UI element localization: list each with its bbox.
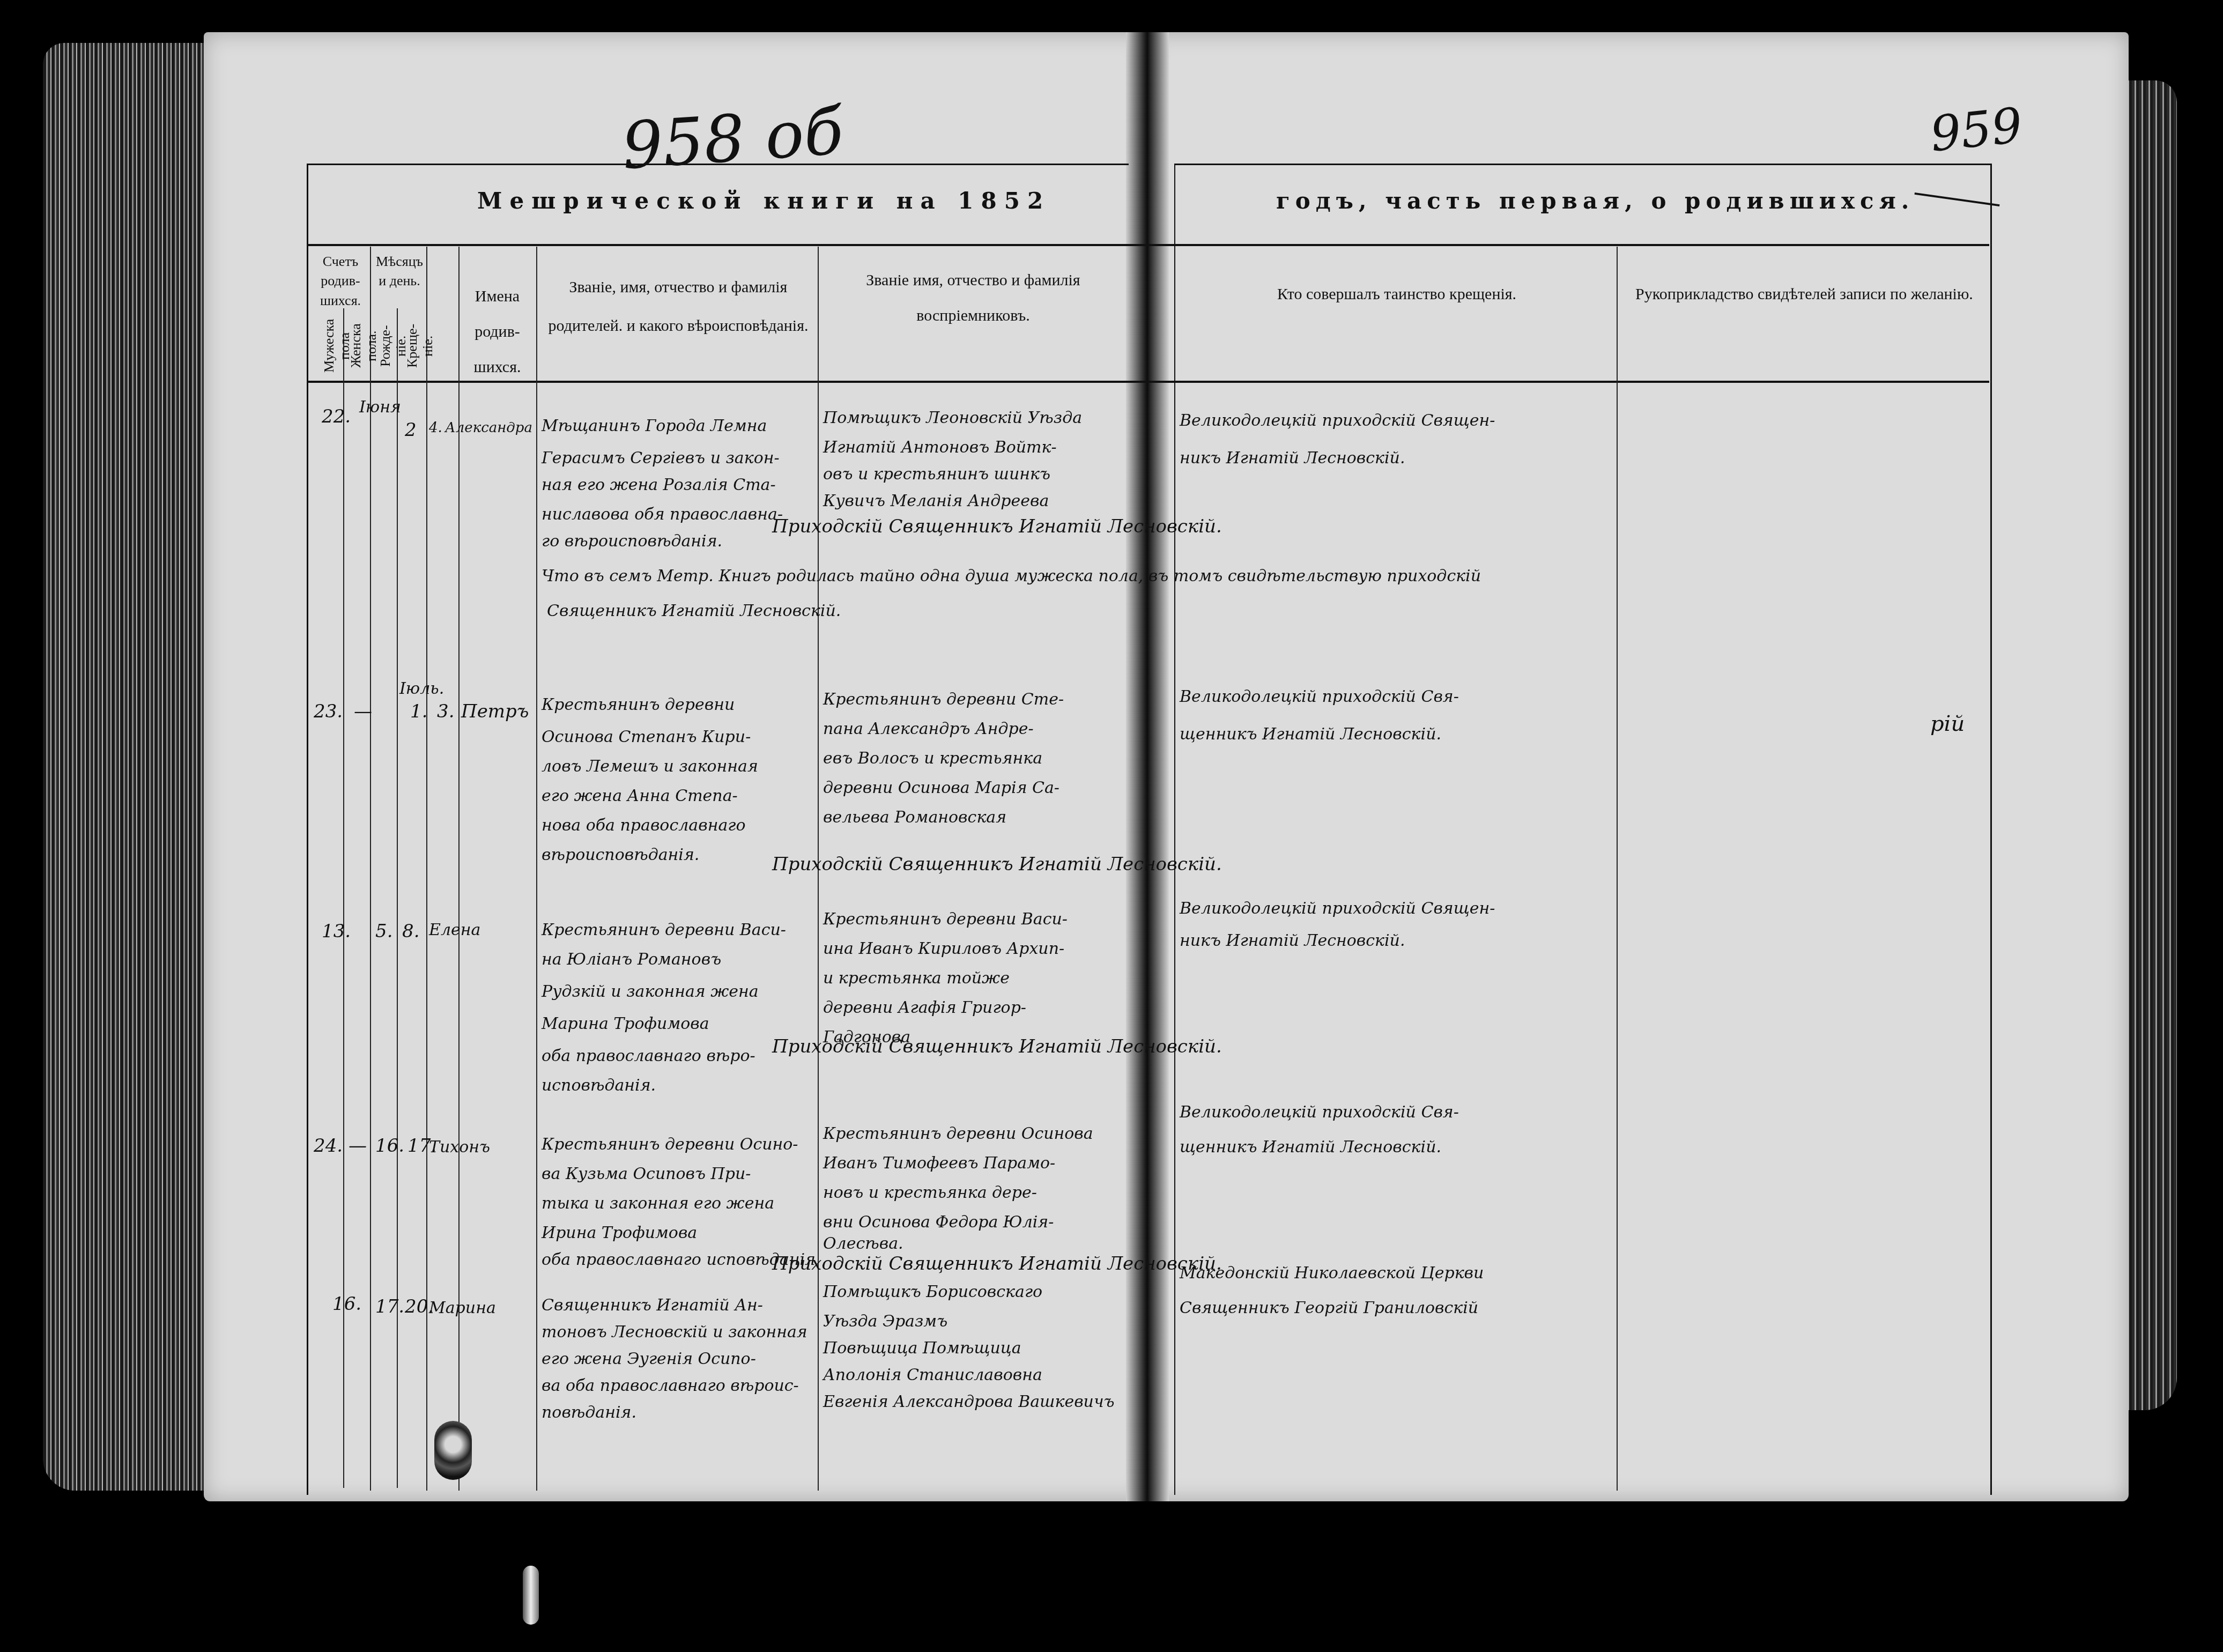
entry-4-birth: 16.	[375, 1137, 404, 1155]
entry-1-female-count: 22.	[322, 408, 351, 426]
text-line: Помѣщикъ Борисовскаго	[823, 1284, 1042, 1300]
text-line: нова оба православнаго	[542, 818, 746, 834]
entry-2-baptism: 3.	[437, 702, 454, 721]
header-month-day: Мѣсяцъ и день.	[373, 252, 426, 291]
entry-5-birth: 17.	[375, 1298, 404, 1316]
text-line: вѣроисповѣданія.	[542, 847, 699, 863]
entry-2-name: Петръ	[461, 702, 529, 721]
entry-2-month: Іюль.	[399, 681, 444, 697]
text-line: повѣданія.	[542, 1405, 636, 1421]
text-line: никъ Игнатій Лесновскій.	[1180, 450, 1405, 466]
bookmark-ribbon	[434, 1421, 472, 1480]
entry-3-female-count: 13.	[322, 922, 351, 940]
text-line: пана Александръ Андре-	[823, 721, 1034, 737]
text-line: Македонскій Николаевской Церкви	[1180, 1265, 1484, 1281]
entry-1-note-line-2: Священникъ Игнатій Лесновскій.	[547, 603, 841, 619]
entry-3-baptism: 8.	[402, 922, 419, 940]
text-line: Рудзкій и законная жена	[542, 984, 759, 1000]
text-line: Священникъ Игнатій Ан-	[542, 1298, 763, 1314]
text-line: Великодолецкій приходскій Свя-	[1180, 1105, 1459, 1121]
text-line: исповѣданія.	[542, 1078, 656, 1094]
text-line: Крестьянинъ деревни	[542, 697, 735, 713]
header-female: Женска пола.	[349, 316, 379, 375]
text-line: деревни Осинова Марія Са-	[823, 780, 1059, 796]
text-line: Крестьянинъ деревни Васи-	[542, 922, 786, 938]
text-line: Повѣщица Помѣщица	[823, 1340, 1021, 1357]
text-line: Евгенія Александрова Вашкевичъ	[823, 1394, 1115, 1410]
text-line: Мѣщанинъ Города Лемна	[542, 418, 767, 434]
title-right: годъ, часть первая, о родившихся.	[1276, 188, 1914, 214]
text-line: ловъ Лемешъ и законная	[542, 759, 758, 775]
text-line: тоновъ Лесновскій и законная	[542, 1324, 807, 1340]
entry-1-baptism: 4.	[429, 421, 442, 435]
header-count-born: Счетъ родив-шихся.	[311, 252, 370, 310]
right-table-frame	[1174, 164, 1992, 1495]
header-names: Имена родив-шихся.	[461, 279, 533, 385]
text-line: на Юліанъ Романовъ	[542, 952, 721, 968]
header-baptism: Креще-ніе.	[405, 316, 435, 375]
text-line: Великодолецкій приходскій Свя-	[1180, 689, 1459, 705]
entry-1-name: Александра	[445, 421, 532, 435]
text-line: ва Кузьма Осиповъ При-	[542, 1166, 751, 1182]
text-line: Иванъ Тимофеевъ Парамо-	[823, 1155, 1055, 1172]
entry-2-signature: Приходскій Священникъ Игнатій Лесновскій…	[772, 855, 1222, 873]
text-line: Помѣщикъ Леоновскій Уѣзда	[823, 410, 1082, 426]
title-left: Мешрической книги на 1852	[477, 188, 1050, 214]
entry-2-witness-mark: рій	[1930, 713, 1965, 735]
text-line: Крестьянинъ деревни Сте-	[823, 692, 1064, 708]
text-line: Великодолецкій приходскій Священ-	[1180, 901, 1495, 917]
text-line: никъ Игнатій Лесновскій.	[1180, 933, 1405, 949]
text-line: и крестьянка тойже	[823, 971, 1010, 987]
text-line: Крестьянинъ деревни Осинова	[823, 1126, 1093, 1142]
header-parents: Званіе, имя, отчество и фамилія родителе…	[542, 268, 815, 345]
header-witnesses: Рукоприкладство свидѣтелей записи по жел…	[1625, 273, 1984, 315]
entry-5-female-count: 16.	[332, 1295, 361, 1313]
text-line: ниславова обя православна-	[542, 507, 783, 523]
header-top-rule	[307, 244, 1989, 246]
text-line: вельева Романовская	[823, 810, 1006, 826]
entry-5-name: Марина	[429, 1300, 496, 1316]
header-performed-by: Кто совершалъ таинство крещенія.	[1180, 279, 1614, 309]
entry-2-male-count: 23.	[314, 702, 343, 721]
text-line: Крестьянинъ деревни Васи-	[823, 912, 1068, 928]
entry-4-signature: Приходскій Священникъ Игнатій Лесновскій…	[772, 1255, 1222, 1273]
text-line: Игнатій Антоновъ Войтк-	[823, 440, 1057, 456]
text-line: евъ Волосъ и крестьянка	[823, 751, 1042, 767]
text-line: Олесѣва.	[823, 1236, 903, 1252]
entry-3-birth: 5.	[375, 922, 392, 940]
text-line: овъ и крестьянинъ шинкъ	[823, 466, 1050, 483]
book-page-stack-left	[43, 43, 214, 1491]
text-line: его жена Анна Степа-	[542, 788, 738, 804]
text-line: ная его жена Розалія Ста-	[542, 477, 776, 493]
text-line: Марина Трофимова	[542, 1016, 709, 1032]
text-line: Великодолецкій приходскій Священ-	[1180, 413, 1495, 429]
bookmark-ribbon-tail	[523, 1566, 539, 1625]
text-line: Ирина Трофимова	[542, 1225, 697, 1241]
entry-1-month: Іюня	[359, 399, 401, 416]
entry-3-signature: Приходскій Священникъ Игнатій Лесновскій…	[772, 1038, 1222, 1056]
folio-number-right: 959	[1928, 97, 2025, 162]
text-line: щенникъ Игнатій Лесновскій.	[1180, 1139, 1441, 1155]
entry-1-note-line-1: Что въ семъ Метр. Книгъ родилась тайно о…	[542, 568, 1481, 584]
text-line: Уѣзда Эразмъ	[823, 1314, 947, 1330]
entry-3-name: Елена	[429, 922, 480, 938]
text-line: новъ и крестьянка дере-	[823, 1185, 1037, 1201]
text-line: го вѣроисповѣданія.	[542, 534, 722, 550]
text-line: ина Иванъ Кириловъ Архип-	[823, 941, 1064, 957]
header-bottom-rule	[307, 381, 1989, 383]
text-line: ва оба православнаго вѣроис-	[542, 1378, 799, 1394]
text-line: деревни Агафія Григор-	[823, 1000, 1026, 1016]
book-gutter	[1126, 32, 1169, 1501]
col-divider	[1617, 247, 1618, 1491]
entry-4-male-count: 24.	[314, 1137, 343, 1155]
text-line: его жена Эугенія Осипо-	[542, 1351, 756, 1367]
header-godparents: Званіе имя, отчество и фамилія воспріемн…	[823, 263, 1123, 334]
text-line: Кувичъ Меланія Андреева	[823, 493, 1049, 509]
text-line: Крестьянинъ деревни Осино-	[542, 1137, 798, 1153]
entry-4-name: Тихонъ	[429, 1139, 490, 1155]
text-line: щенникъ Игнатій Лесновскій.	[1180, 727, 1441, 743]
entry-2-birth: 1.	[410, 702, 427, 721]
text-line: тыка и законная его жена	[542, 1196, 774, 1212]
col-divider	[370, 247, 371, 1491]
entry-1-signature: Приходскій Священникъ Игнатій Лесновскій…	[772, 517, 1222, 536]
entry-1-birth: 2	[405, 421, 417, 439]
entry-4-female-count: —	[349, 1137, 367, 1155]
entry-2-female-count: —	[354, 702, 372, 721]
text-line: Герасимъ Сергіевъ и закон-	[542, 450, 780, 466]
text-line: Аполонія Станиславовна	[823, 1367, 1042, 1383]
text-line: Осинова Степанъ Кири-	[542, 729, 751, 745]
text-line: вни Осинова Федора Юлія-	[823, 1214, 1054, 1231]
col-divider	[536, 247, 537, 1491]
text-line: оба православнаго вѣро-	[542, 1048, 755, 1064]
text-line: Священникъ Георгій Граниловскій	[1180, 1300, 1478, 1316]
